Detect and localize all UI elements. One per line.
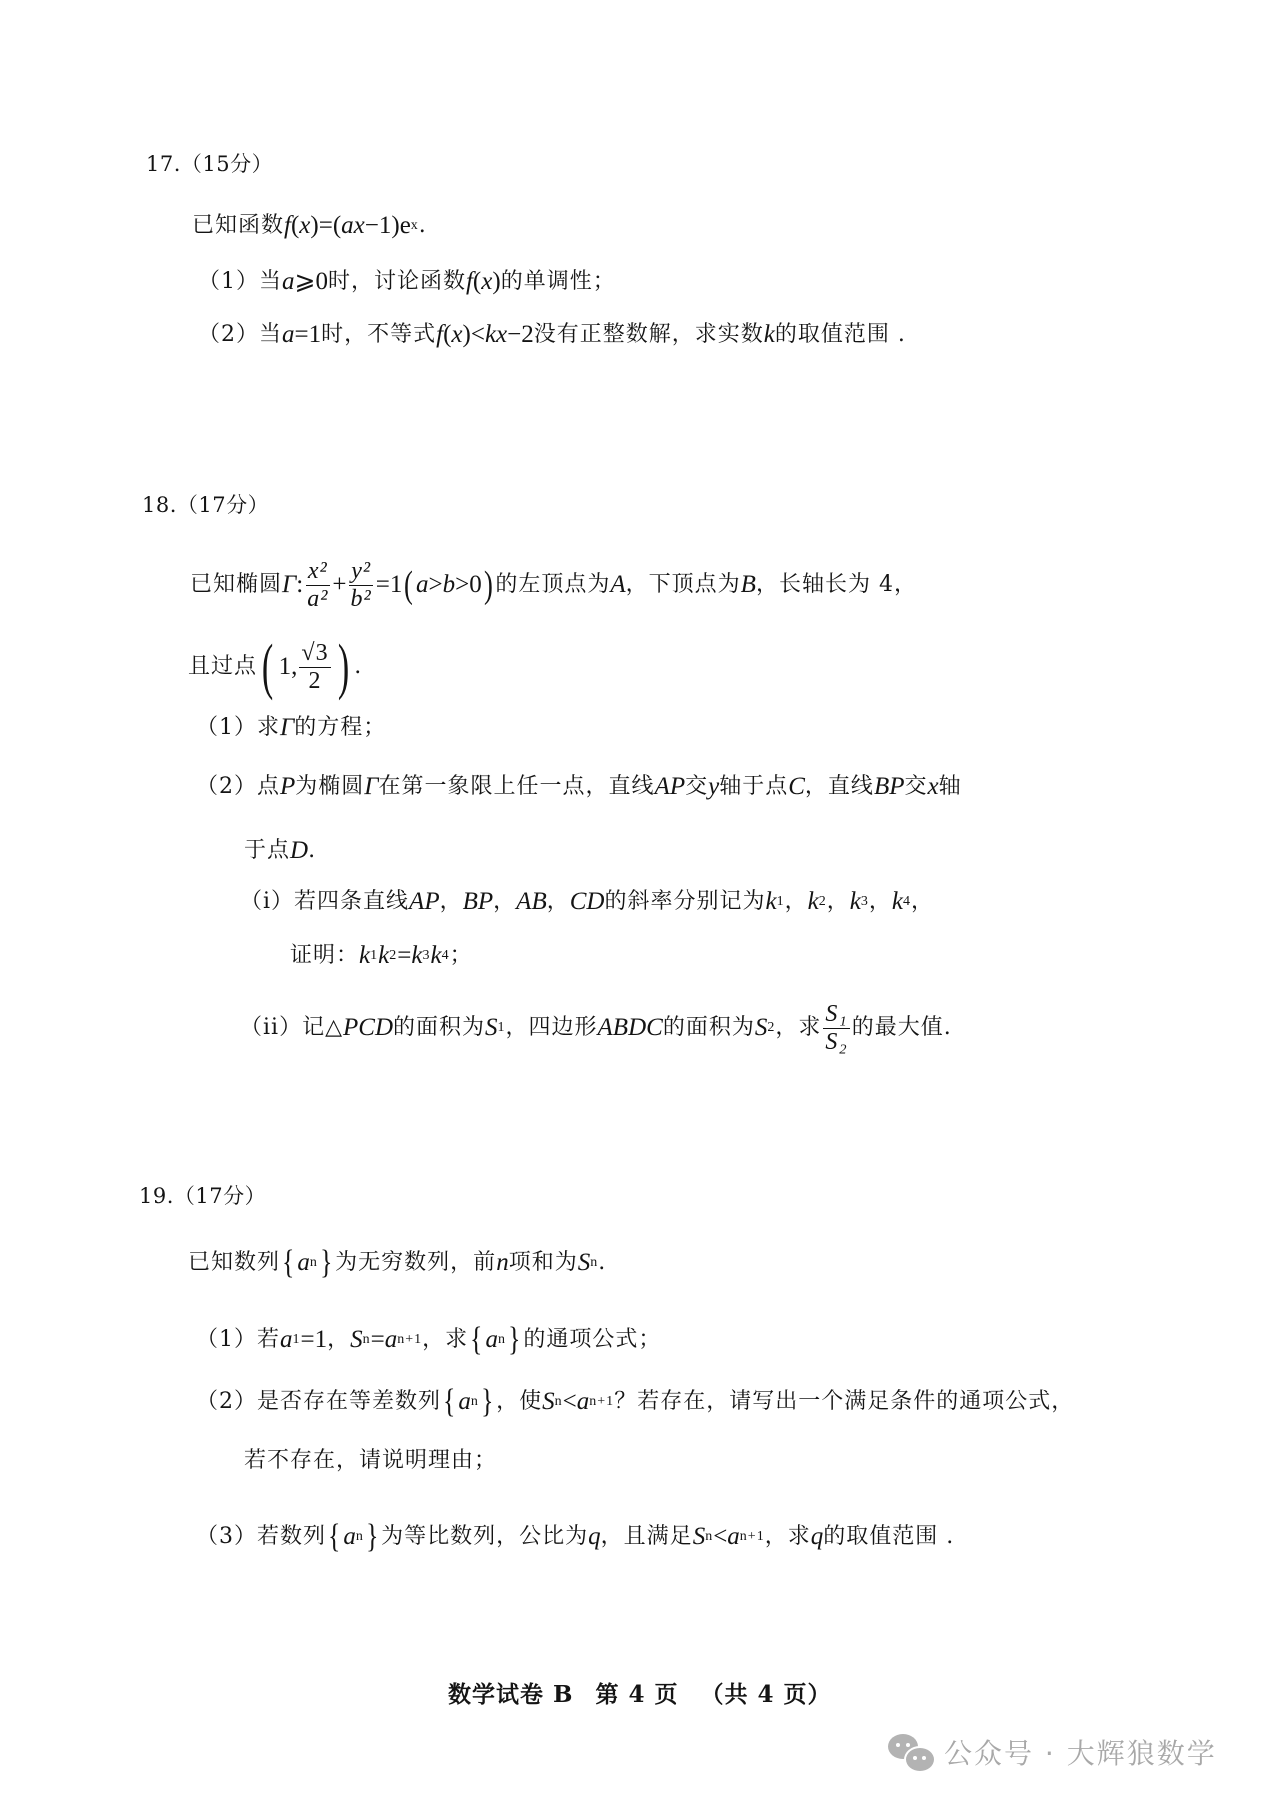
text-run: 的面积为: [393, 1012, 485, 1044]
question-18-sub-ii: （ii）记△PCD的面积为S1，四边形ABDC的面积为S2，求S₁S₂的最大值.: [240, 1012, 952, 1044]
text-run: ，使: [496, 1386, 542, 1418]
math-variable: A: [610, 569, 625, 601]
text-run: 证明：: [290, 940, 359, 972]
page-footer: 数学试卷 B第 4 页（共 4 页）: [448, 1679, 832, 1711]
subscript: 2: [767, 1012, 775, 1044]
text-run: 已知函数: [192, 210, 284, 242]
subscript: 1: [498, 1012, 506, 1044]
math-symbol: :: [296, 569, 303, 601]
text-run: ，长轴长为 4，: [756, 569, 917, 601]
question-17-header: 17.（15分）: [146, 148, 273, 180]
text-run: ，: [785, 886, 808, 918]
math-symbol: =1: [301, 1324, 328, 1356]
text-run: ，求: [765, 1521, 811, 1553]
numerator: S₁: [823, 1001, 849, 1029]
subscript: n: [356, 1521, 364, 1553]
set-brace: {: [328, 1520, 341, 1554]
wechat-icon: [888, 1732, 934, 1772]
math-symbol: =: [397, 940, 411, 972]
math-variable: Γ: [282, 569, 296, 601]
question-19-part-2-line-1: （2）是否存在等差数列{an}，使Sn < an+1？若存在，请写出一个满足条件…: [196, 1386, 1074, 1418]
math-variable: S: [542, 1386, 555, 1418]
math-variable: S: [755, 1012, 768, 1044]
question-18-stem-line-1: 已知椭圆Γ:x²a²+y²b²=1(a>b>0)的左顶点为A，下顶点为B，长轴长…: [190, 569, 917, 601]
subscript: n+1: [589, 1386, 614, 1418]
fraction: y²b²: [349, 558, 374, 613]
text-run: 的通项公式；: [523, 1324, 661, 1356]
text-run: 的取值范围 .: [775, 319, 906, 351]
subscript: n: [471, 1386, 479, 1418]
text-run: 若不存在，请说明理由；: [244, 1445, 497, 1477]
subscript: 1: [777, 886, 785, 918]
watermark: 公众号 · 大辉狼数学: [888, 1732, 1217, 1772]
subscript: n: [498, 1324, 506, 1356]
math-variable: ABDC: [598, 1012, 663, 1044]
question-18-stem-line-2: 且过点(1, √32).: [188, 651, 362, 683]
text-run: ；: [450, 940, 473, 972]
math-variable: a: [485, 1324, 498, 1356]
text-run: 在第一象限上任一点，直线: [379, 771, 655, 803]
text-run: （2）是否存在等差数列: [196, 1386, 441, 1418]
subscript: n: [555, 1386, 563, 1418]
numerator: x²: [306, 558, 330, 586]
math-symbol: =: [371, 1324, 385, 1356]
math-symbol: +: [332, 569, 346, 601]
fraction: x²a²: [305, 558, 330, 613]
math-symbol: ): [492, 266, 500, 298]
superscript: x: [411, 210, 419, 242]
math-variable: kx: [485, 319, 507, 351]
text-run: 没有正整数解，求实数: [534, 319, 764, 351]
text-run: ，: [493, 886, 516, 918]
math-variable: n: [496, 1247, 509, 1279]
text-run: 且过点: [188, 651, 257, 683]
parenthesis: ): [484, 566, 494, 604]
subscript: 3: [861, 886, 869, 918]
math-variable: a: [280, 1324, 293, 1356]
text-run: 的左顶点为: [495, 569, 610, 601]
math-variable: S: [350, 1324, 363, 1356]
text-run: 的最大值.: [852, 1012, 952, 1044]
text-run: （3）若数列: [196, 1521, 326, 1553]
text-run: （ii）记△: [240, 1012, 343, 1044]
math-variable: x: [481, 266, 492, 298]
text-run: .: [598, 1247, 606, 1279]
text-run: 已知椭圆: [190, 569, 282, 601]
subscript: n: [310, 1247, 318, 1279]
math-variable: k: [892, 886, 903, 918]
text-run: .: [354, 651, 362, 683]
subscript: 1: [370, 940, 378, 972]
text-run: 的斜率分别记为: [604, 886, 765, 918]
math-variable: a: [297, 1247, 310, 1279]
text-run: ，: [547, 886, 570, 918]
math-variable: f: [466, 266, 473, 298]
text-run: 时，不等式: [321, 319, 436, 351]
math-symbol: =1: [295, 319, 322, 351]
fraction: S₁S₂: [823, 1001, 849, 1056]
denominator: a²: [305, 586, 330, 613]
text-run: ，直线: [805, 771, 874, 803]
denominator: b²: [349, 586, 374, 613]
question-18-header: 18.（17分）: [142, 489, 269, 521]
text-run: 时，讨论函数: [328, 266, 466, 298]
text-run: （1）当: [198, 266, 282, 298]
math-variable: AB: [516, 886, 547, 918]
question-18-sub-i-line-2: 证明：k1k2 = k3k4；: [290, 940, 473, 972]
text-run: ，求: [422, 1324, 468, 1356]
question-19-part-1: （1）若a1=1，Sn = an+1，求{an}的通项公式；: [196, 1324, 661, 1356]
math-variable: k: [378, 940, 389, 972]
set-brace: {: [443, 1385, 456, 1419]
math-variable: a: [416, 569, 429, 601]
question-19-stem: 已知数列{an}为无穷数列，前n项和为Sn .: [188, 1247, 606, 1279]
math-variable: k: [430, 940, 441, 972]
math-variable: x: [928, 771, 939, 803]
text-run: 轴于点: [719, 771, 788, 803]
math-variable: S: [578, 1247, 591, 1279]
question-19-part-2-line-2: 若不存在，请说明理由；: [244, 1445, 497, 1477]
text-run: 的单调性；: [501, 266, 616, 298]
math-variable: f: [284, 210, 291, 242]
math-variable: BP: [463, 886, 494, 918]
math-variable: BP: [874, 771, 905, 803]
subscript: 1: [293, 1324, 301, 1356]
text-run: .: [419, 210, 427, 242]
text-run: 已知数列: [188, 1247, 280, 1279]
math-variable: k: [411, 940, 422, 972]
math-variable: a: [282, 319, 295, 351]
math-variable: k: [808, 886, 819, 918]
math-symbol: >: [428, 569, 442, 601]
text-run: 于点: [244, 835, 290, 867]
set-brace: }: [366, 1520, 379, 1554]
text-run: （2）点: [196, 771, 280, 803]
math-variable: a: [727, 1521, 740, 1553]
text-run: 为无穷数列，前: [335, 1247, 496, 1279]
math-variable: a: [282, 266, 295, 298]
text-run: 的面积为: [663, 1012, 755, 1044]
footer-total-pages: （共 4 页）: [700, 1681, 831, 1708]
fraction: √32: [299, 640, 330, 695]
large-parenthesis: ): [337, 636, 349, 698]
set-brace: }: [508, 1323, 521, 1357]
watermark-text: 公众号 · 大辉狼数学: [944, 1732, 1217, 1772]
math-variable: q: [811, 1521, 824, 1553]
math-variable: B: [741, 569, 756, 601]
math-variable: b: [443, 569, 456, 601]
text-run: ，下顶点为: [626, 569, 741, 601]
math-variable: Γ: [280, 712, 294, 744]
math-symbol: <: [563, 1386, 577, 1418]
text-run: ，: [827, 886, 850, 918]
math-variable: AP: [655, 771, 686, 803]
math-variable: a: [577, 1386, 590, 1418]
text-run: 轴: [939, 771, 962, 803]
question-17-stem: 已知函数f(x)=(ax−1)ex .: [192, 210, 427, 242]
math-variable: S: [693, 1521, 706, 1553]
question-18-part-2-line-2: 于点D .: [244, 835, 316, 867]
text-run: （i）若四条直线: [240, 886, 409, 918]
question-17-part-1: （1）当a⩾0时，讨论函数f(x)的单调性；: [198, 266, 616, 298]
math-variable: Γ: [364, 771, 378, 803]
question-18-sub-i-line-1: （i）若四条直线AP，BP，AB，CD的斜率分别记为k1，k2，k3，k4，: [240, 886, 934, 918]
set-brace: {: [282, 1246, 295, 1280]
text-run: ，求: [775, 1012, 821, 1044]
math-variable: C: [788, 771, 805, 803]
subscript: n+1: [740, 1521, 765, 1553]
math-variable: k: [765, 886, 776, 918]
math-variable: k: [764, 319, 775, 351]
text-run: （1）若: [196, 1324, 280, 1356]
subscript: n: [363, 1324, 371, 1356]
math-variable: a: [385, 1324, 398, 1356]
math-variable: k: [359, 940, 370, 972]
set-brace: {: [470, 1323, 483, 1357]
question-18-part-2-line-1: （2）点P为椭圆Γ在第一象限上任一点，直线AP交y轴于点C，直线BP交x轴: [196, 771, 962, 803]
numerator: √3: [299, 640, 330, 668]
math-symbol: 1,: [279, 651, 298, 683]
question-17-part-2: （2）当a=1时，不等式f(x)<kx−2没有正整数解，求实数k的取值范围 .: [198, 319, 906, 351]
set-brace: }: [481, 1385, 494, 1419]
math-symbol: >0: [455, 569, 482, 601]
math-symbol: )=(: [310, 210, 341, 242]
math-symbol: =1: [376, 569, 403, 601]
text-run: 的方程；: [294, 712, 386, 744]
math-symbol: )<: [463, 319, 485, 351]
set-brace: }: [320, 1246, 333, 1280]
math-symbol: −2: [507, 319, 534, 351]
question-19-part-3: （3）若数列{an}为等比数列，公比为q，且满足Sn < an+1，求q的取值范…: [196, 1521, 954, 1553]
math-variable: a: [458, 1386, 471, 1418]
text-run: 为等比数列，公比为: [381, 1521, 588, 1553]
numerator: y²: [349, 558, 373, 586]
math-variable: y: [708, 771, 719, 803]
math-variable: f: [436, 319, 443, 351]
math-symbol: <: [713, 1521, 727, 1553]
text-run: （1）求: [196, 712, 280, 744]
large-parenthesis: (: [262, 636, 274, 698]
text-run: ？若存在，请写出一个满足条件的通项公式，: [614, 1386, 1074, 1418]
text-run: 的取值范围 .: [823, 1521, 954, 1553]
subscript: n: [590, 1247, 598, 1279]
text-run: 交: [904, 771, 927, 803]
math-symbol: (: [473, 266, 481, 298]
text-run: 项和为: [509, 1247, 578, 1279]
math-variable: x: [299, 210, 310, 242]
question-18-part-1: （1）求Γ的方程；: [196, 712, 386, 744]
subscript: n: [705, 1521, 713, 1553]
math-variable: q: [588, 1521, 601, 1553]
math-variable: P: [280, 771, 295, 803]
text-run: ，: [869, 886, 892, 918]
math-variable: PCD: [343, 1012, 393, 1044]
math-symbol: ⩾0: [295, 266, 328, 298]
subscript: 2: [819, 886, 827, 918]
math-variable: AP: [409, 886, 440, 918]
text-run: （2）当: [198, 319, 282, 351]
math-variable: CD: [570, 886, 605, 918]
math-variable: S: [485, 1012, 498, 1044]
text-run: ，: [440, 886, 463, 918]
math-variable: ax: [341, 210, 365, 242]
denominator: 2: [307, 668, 324, 695]
parenthesis: (: [404, 566, 414, 604]
text-run: ，: [911, 886, 934, 918]
math-variable: k: [850, 886, 861, 918]
subscript: 3: [422, 940, 430, 972]
text-run: .: [308, 835, 316, 867]
subscript: 2: [389, 940, 397, 972]
question-19-header: 19.（17分）: [139, 1180, 266, 1212]
math-variable: x: [451, 319, 462, 351]
text-run: ，且满足: [601, 1521, 693, 1553]
text-run: ，: [327, 1324, 350, 1356]
subscript: 4: [442, 940, 450, 972]
footer-subject: 数学试卷 B: [448, 1681, 573, 1708]
denominator: S₂: [823, 1029, 849, 1056]
text-run: ，四边形: [506, 1012, 598, 1044]
subscript: 4: [903, 886, 911, 918]
math-variable: D: [290, 835, 308, 867]
subscript: n+1: [397, 1324, 422, 1356]
text-run: 为椭圆: [295, 771, 364, 803]
math-symbol: −1)e: [365, 210, 411, 242]
text-run: 交: [685, 771, 708, 803]
footer-page-number: 第 4 页: [595, 1681, 678, 1708]
math-variable: a: [343, 1521, 356, 1553]
